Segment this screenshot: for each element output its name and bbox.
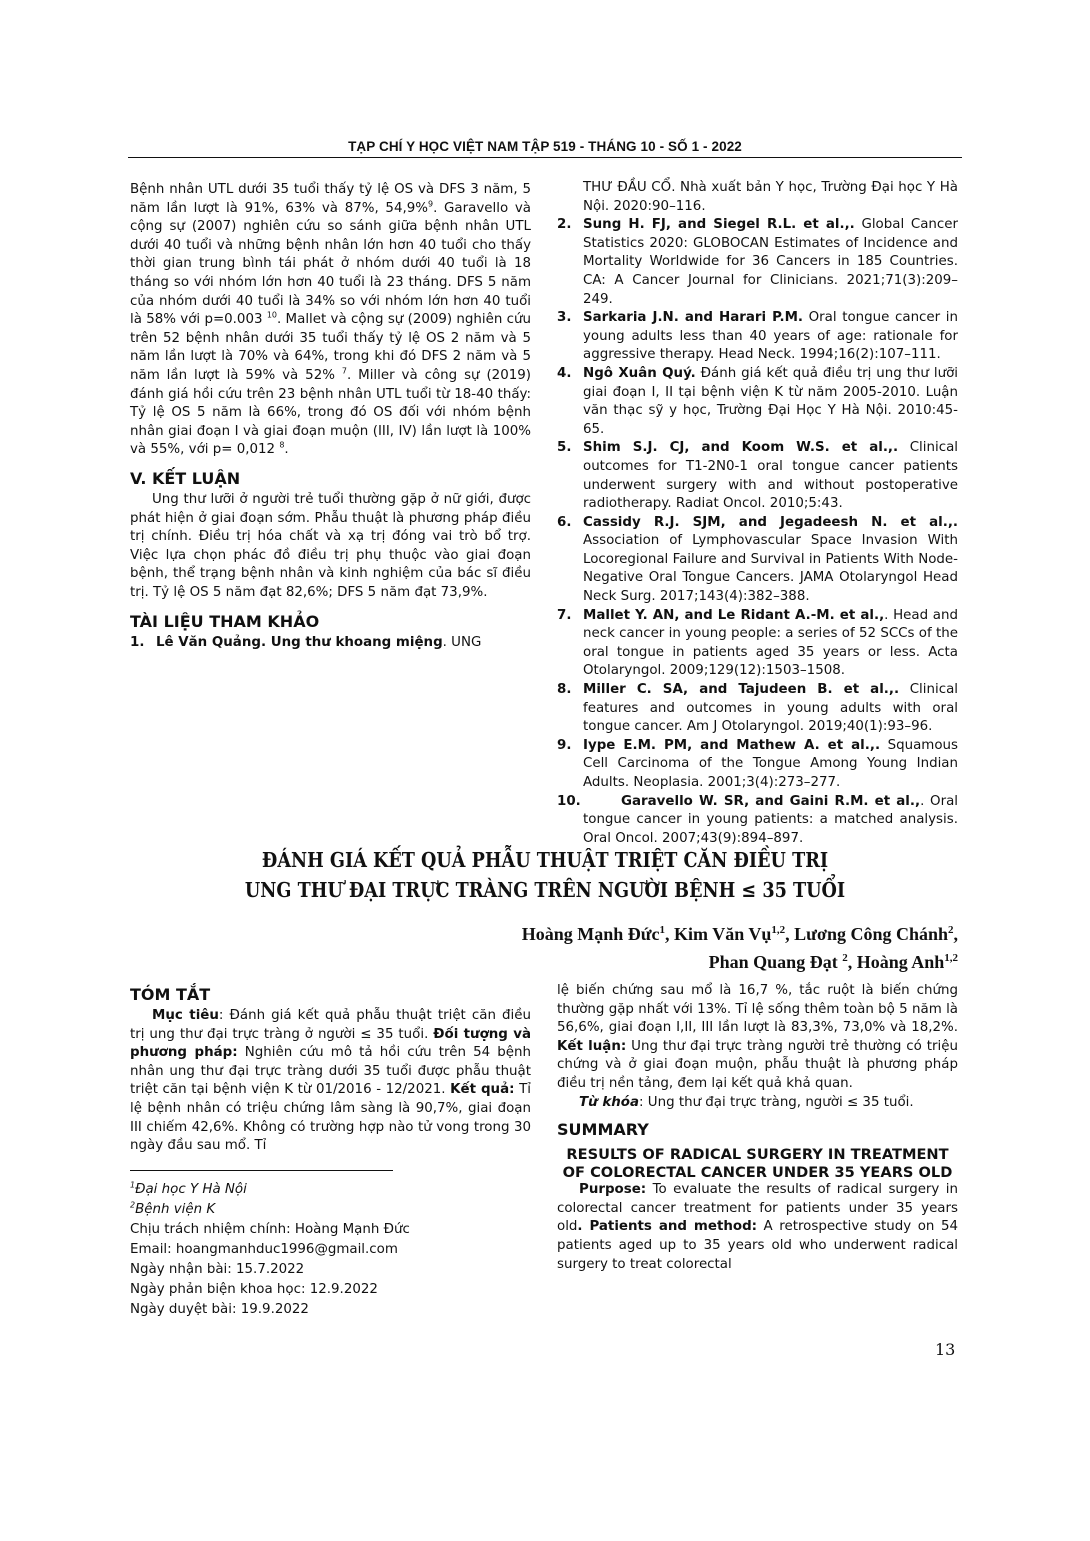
footnote-rule (130, 1170, 393, 1171)
received-date: Ngày nhận bài: 15.7.2022 (130, 1260, 530, 1280)
affiliation-2: 2Bệnh viện K (130, 1200, 530, 1220)
abstract-heading: TÓM TẮT (130, 985, 531, 1005)
reference-item-7: 7.Mallet Y. AN, and Le Ridant A.-M. et a… (557, 607, 958, 681)
author: Hoàng Mạnh Đức (522, 924, 660, 944)
abstract-vi-continued: lệ biến chứng sau mổ là 16,7 %, tắc ruột… (557, 982, 958, 1094)
reference-authors: Lê Văn Quảng. Ung thư khoang miệng (156, 635, 443, 650)
article-title-line-2: UNG THƯ ĐẠI TRỰC TRÀNG TRÊN NGƯỜI BỆNH ≤… (186, 875, 903, 905)
author: Phan Quang Đạt (709, 952, 843, 972)
running-header: TẠP CHÍ Y HỌC VIỆT NAM TẬP 519 - THÁNG 1… (128, 139, 962, 154)
reference-item-10: 10.Garavello W. SR, and Gaini R.M. et al… (557, 793, 958, 849)
summary-title: RESULTS OF RADICAL SURGERY IN TREATMENT … (557, 1146, 958, 1181)
author: Hoàng Anh (857, 952, 945, 972)
reference-item-8: 8.Miller C. SA, and Tajudeen B. et al.,.… (557, 681, 958, 737)
summary-text: Purpose: To evaluate the results of radi… (557, 1181, 958, 1274)
keywords: Từ khóa: Ung thư đại trực tràng, người ≤… (557, 1094, 958, 1113)
page-number: 13 (935, 1340, 955, 1359)
affiliation-1: 1Đại học Y Hà Nội (130, 1180, 530, 1200)
review-date: Ngày phản biện khoa học: 12.9.2022 (130, 1280, 530, 1300)
conclusion-heading: V. KẾT LUẬN (130, 469, 531, 489)
reference-item-2: 2.Sung H. FJ, and Siegel R.L. et al.,. G… (557, 216, 958, 309)
journal-page: TẠP CHÍ Y HỌC VIỆT NAM TẬP 519 - THÁNG 1… (0, 0, 1090, 1541)
reference-text: . UNG (443, 635, 482, 650)
citation: 10 (267, 311, 277, 320)
references-right-column: THƯ ĐẦU CỔ. Nhà xuất bản Y học, Trường Đ… (557, 179, 958, 848)
abstract-vi-text: Mục tiêu: Đánh giá kết quả phẫu thuật tr… (130, 1007, 531, 1156)
summary-heading: SUMMARY (557, 1120, 958, 1140)
reference-item-5: 5.Shim S.J. CJ, and Koom W.S. et al.,. C… (557, 439, 958, 513)
conclusion-text: Ung thư lưỡi ở người trẻ tuổi thường gặp… (130, 491, 531, 603)
reference-item-6: 6.Cassidy R.J. SJM, and Jegadeesh N. et … (557, 514, 958, 607)
reference-item-1-continued: THƯ ĐẦU CỔ. Nhà xuất bản Y học, Trường Đ… (557, 179, 958, 216)
references-heading: TÀI LIỆU THAM KHẢO (130, 612, 531, 632)
email: Email: hoangmanhduc1996@gmail.com (130, 1240, 530, 1260)
corresponding-author: Chịu trách nhiệm chính: Hoàng Mạnh Đức (130, 1220, 530, 1240)
header-rule (128, 157, 962, 158)
reference-item-1: 1.Lê Văn Quảng. Ung thư khoang miệng. UN… (130, 634, 531, 653)
accepted-date: Ngày duyệt bài: 19.9.2022 (130, 1300, 530, 1320)
article-title-line-1: ĐÁNH GIÁ KẾT QUẢ PHẪU THUẬT TRIỆT CĂN ĐI… (186, 845, 903, 875)
article-title: ĐÁNH GIÁ KẾT QUẢ PHẪU THUẬT TRIỆT CĂN ĐI… (186, 845, 903, 905)
footnotes: 1Đại học Y Hà Nội 2Bệnh viện K Chịu trác… (130, 1180, 530, 1320)
discussion-paragraph: Bệnh nhân UTL dưới 35 tuổi thấy tỷ lệ OS… (130, 181, 531, 460)
reference-item-9: 9.Iype E.M. PM, and Mathew A. et al.,. S… (557, 737, 958, 793)
previous-article-left-column: Bệnh nhân UTL dưới 35 tuổi thấy tỷ lệ OS… (130, 181, 531, 653)
reference-item-3: 3.Sarkaria J.N. and Harari P.M. Oral ton… (557, 309, 958, 365)
author: Kim Văn Vụ (674, 924, 771, 944)
abstract-vi-column: TÓM TẮT Mục tiêu: Đánh giá kết quả phẫu … (130, 985, 531, 1156)
author-list: Hoàng Mạnh Đức1, Kim Văn Vụ1,2, Lương Cô… (318, 920, 958, 976)
author: Lương Công Chánh (794, 924, 948, 944)
reference-item-4: 4.Ngô Xuân Quý. Đánh giá kết quả điều tr… (557, 365, 958, 439)
abstract-right-column: lệ biến chứng sau mổ là 16,7 %, tắc ruột… (557, 982, 958, 1274)
